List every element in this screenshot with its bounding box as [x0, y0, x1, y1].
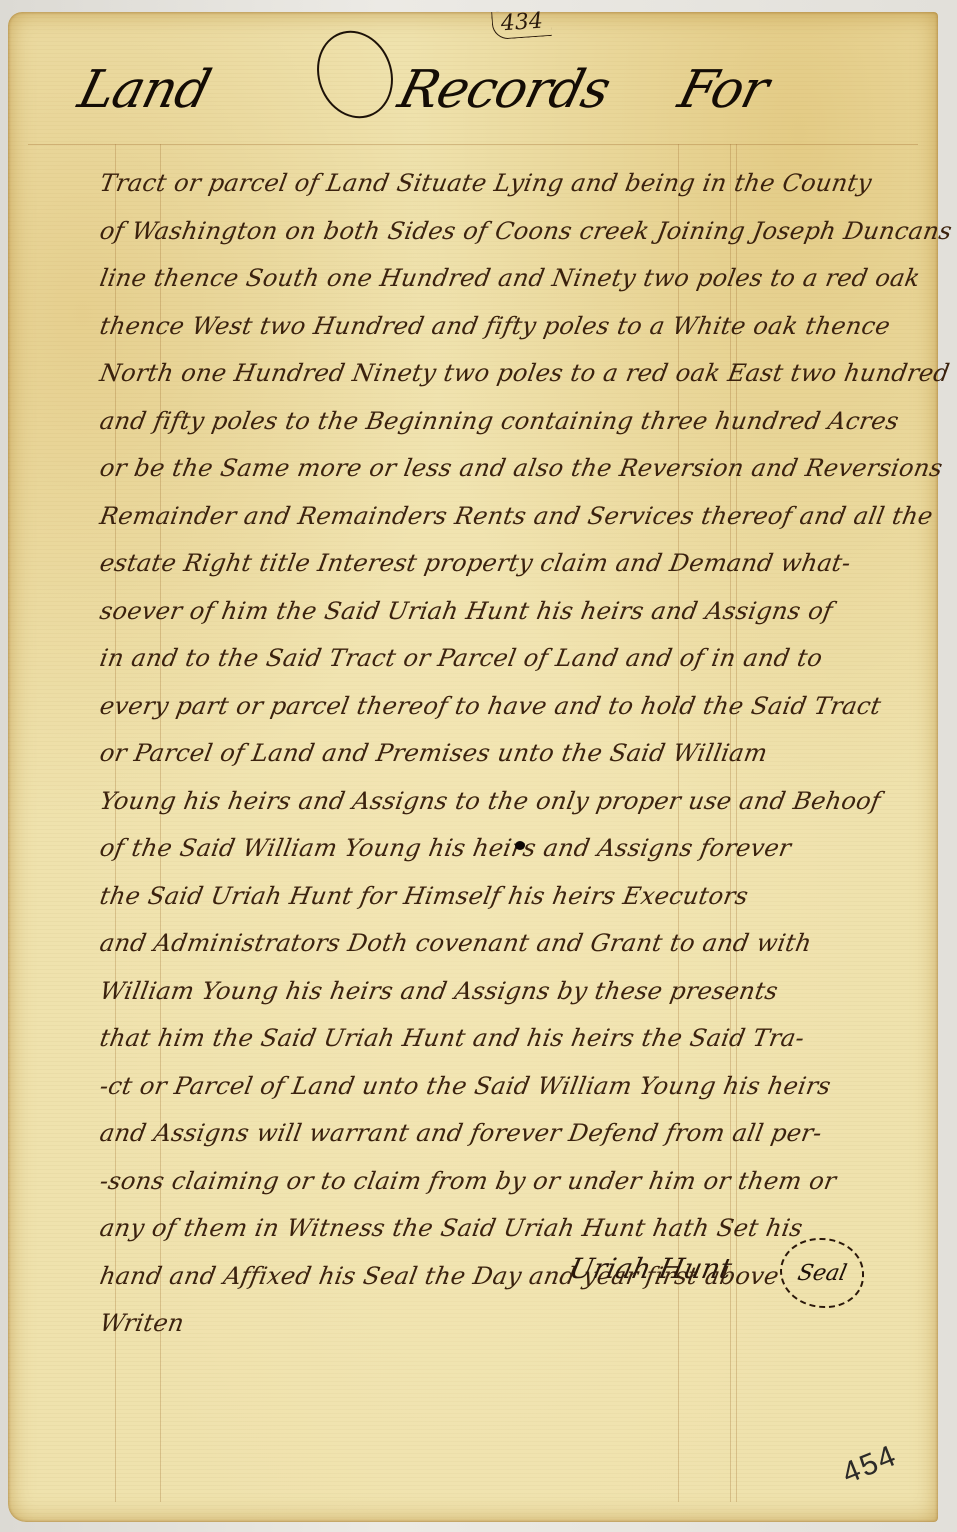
text-line: and fifty poles to the Beginning contain…: [96, 398, 944, 446]
text-line: and Assigns will warrant and forever Def…: [96, 1110, 944, 1158]
ink-blot: [515, 841, 525, 850]
text-line: and Administrators Doth covenant and Gra…: [96, 920, 944, 968]
scan-frame: 434 Land Records For Tract or parcel of …: [0, 0, 957, 1532]
text-line: Remainder and Remainders Rents and Servi…: [96, 493, 944, 541]
text-line: estate Right title Interest property cla…: [96, 540, 944, 588]
signature-name: Uriah Hunt: [566, 1252, 734, 1285]
text-line: every part or parcel thereof to have and…: [96, 683, 944, 731]
seal-icon: Seal: [780, 1238, 864, 1308]
text-line: William Young his heirs and Assigns by t…: [96, 968, 944, 1016]
text-line: or be the Same more or less and also the…: [96, 445, 944, 493]
heading-word-for: For: [673, 60, 774, 120]
ruled-line-header: [28, 144, 918, 145]
text-line: thence West two Hundred and fifty poles …: [96, 303, 944, 351]
text-line: line thence South one Hundred and Ninety…: [96, 255, 944, 303]
text-line: North one Hundred Ninety two poles to a …: [96, 350, 944, 398]
text-line: in and to the Said Tract or Parcel of La…: [96, 635, 944, 683]
deed-body-text: Tract or parcel of Land Situate Lying an…: [100, 160, 940, 1348]
text-line: Tract or parcel of Land Situate Lying an…: [96, 160, 944, 208]
text-line: Young his heirs and Assigns to the only …: [96, 778, 944, 826]
text-line: soever of him the Said Uriah Hunt his he…: [96, 588, 944, 636]
text-line: the Said Uriah Hunt for Himself his heir…: [96, 873, 944, 921]
heading-word-land: Land: [73, 60, 216, 120]
seal-label: Seal: [795, 1261, 849, 1286]
document-heading: Land Records For: [40, 60, 900, 140]
text-line: -sons claiming or to claim from by or un…: [96, 1158, 944, 1206]
text-line: -ct or Parcel of Land unto the Said Will…: [96, 1063, 944, 1111]
page-number-top: 434: [491, 8, 552, 40]
text-line: of Washington on both Sides of Coons cre…: [96, 208, 944, 256]
heading-word-records: Records: [393, 60, 616, 120]
text-line: or Parcel of Land and Premises unto the …: [96, 730, 944, 778]
text-line: that him the Said Uriah Hunt and his hei…: [96, 1015, 944, 1063]
signature-block: Uriah Hunt Seal: [100, 1252, 940, 1302]
